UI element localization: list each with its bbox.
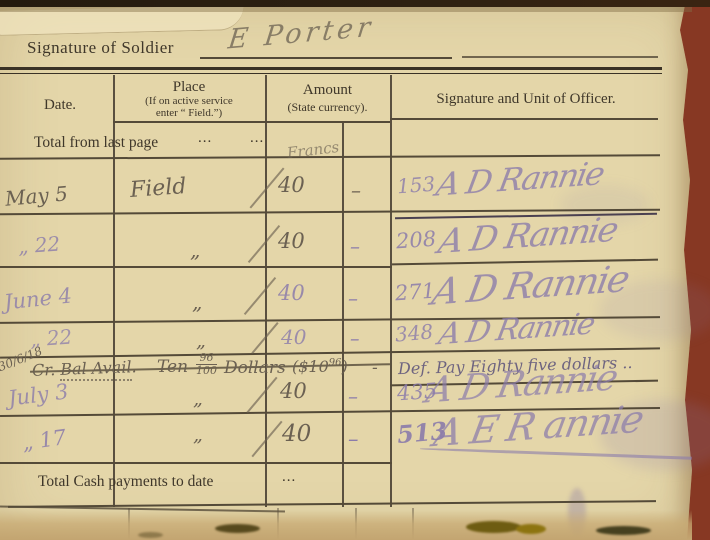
page-bottom-edge <box>0 510 692 540</box>
signature-rule <box>200 57 452 59</box>
entry-amount: 40 <box>278 229 305 253</box>
header-underline-right <box>390 118 658 120</box>
entry-cents: – <box>348 427 359 451</box>
entry-place: „ <box>190 238 200 262</box>
entry-date: „ 22 <box>17 232 61 259</box>
entry-cents: – <box>348 384 358 408</box>
page-top-shadow <box>0 7 692 12</box>
entry-amount: 40 <box>278 173 305 197</box>
column-header-date: Date. <box>14 97 106 114</box>
entry-number: 271 <box>394 279 436 306</box>
balance-dollars-word: Dollars <box>224 358 286 378</box>
entry-number: 208 <box>395 227 437 254</box>
entry-place: Field <box>129 174 187 203</box>
entry-cents: – <box>348 286 358 310</box>
column-header-place-sub1: (If on active service <box>115 95 263 107</box>
entry-amount: 40 <box>278 281 305 305</box>
balance-fraction-denominator: 100 <box>196 364 217 377</box>
stain <box>596 526 651 535</box>
entry-place: „ <box>193 424 203 446</box>
entry-number: 348 <box>394 319 434 346</box>
stain <box>215 524 260 533</box>
column-divider-amount-signature <box>390 75 392 507</box>
balance-amount-word: Ten <box>157 357 188 377</box>
column-header-amount-sub: (State currency). <box>267 100 388 115</box>
balance-separator: - <box>372 358 378 378</box>
total-from-last-page-label: Total from last page <box>34 134 158 152</box>
column-header-amount-title: Amount <box>267 82 388 99</box>
column-header-officer: Signature and Unit of Officer. <box>392 91 660 108</box>
amount-cents-divider <box>342 122 344 507</box>
total-from-last-page-dots2: ... <box>250 130 264 147</box>
balance-credit-underline <box>60 379 132 381</box>
photo-top-edge <box>0 0 710 7</box>
table-top-rule <box>0 67 662 70</box>
entry-place: „ <box>192 290 202 314</box>
stain <box>466 521 521 533</box>
row-rule <box>0 266 392 268</box>
balance-paren-amount: ($1096) <box>292 357 348 376</box>
stain <box>516 524 546 534</box>
signature-of-soldier-label: Signature of Soldier <box>27 38 174 58</box>
header-underline-left <box>113 121 390 123</box>
total-cash-dots: ... <box>282 469 296 486</box>
total-cash-label: Total Cash payments to date <box>38 473 213 491</box>
entry-place: „ <box>196 330 206 352</box>
stain <box>138 532 163 538</box>
entry-number: 153 <box>396 172 436 199</box>
row-rule <box>0 462 392 464</box>
entry-amount: 40 <box>282 421 311 447</box>
total-from-last-page-dots1: ... <box>198 130 212 147</box>
entry-amount: 40 <box>280 379 307 403</box>
paybook-page-photo: Signature of Soldier E Porter Date. Plac… <box>0 0 710 540</box>
entry-cents: – <box>351 178 361 202</box>
entry-cents: – <box>350 328 360 350</box>
signature-rule-2 <box>462 56 658 58</box>
column-header-place-sub2: enter “ Field.”) <box>115 107 263 119</box>
entry-place: „ <box>193 388 203 410</box>
entry-amount: 40 <box>281 325 306 349</box>
entry-cents: – <box>350 234 360 258</box>
column-header-place-title: Place <box>115 79 263 96</box>
balance-credit-text: Cr. Bal Avail. <box>32 357 137 380</box>
table-top-rule-2 <box>0 73 662 75</box>
